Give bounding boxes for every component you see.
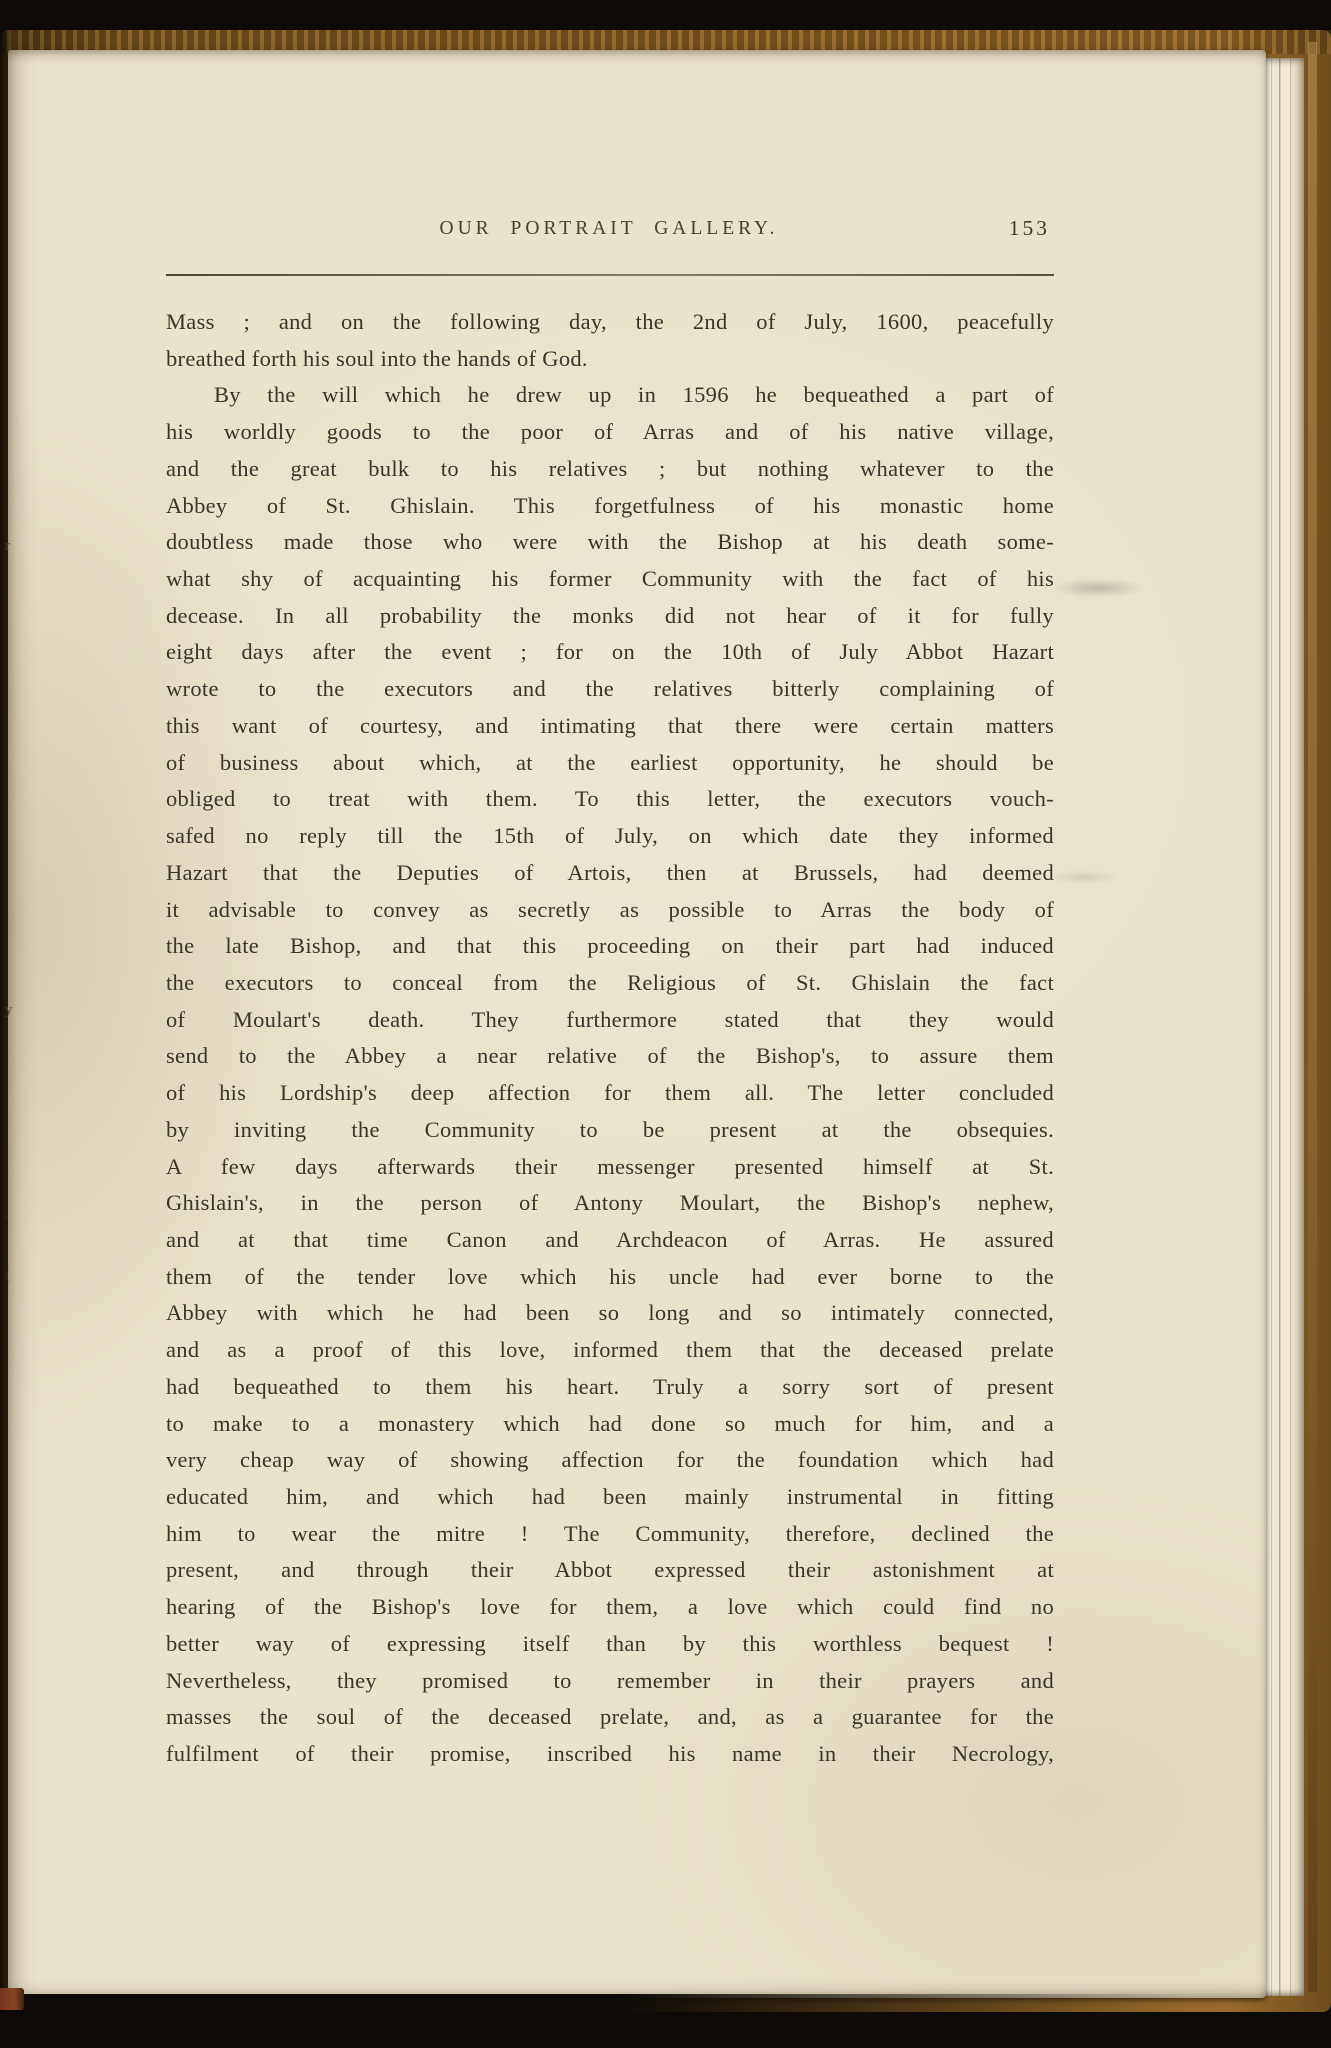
margin-mark: ' [5, 1213, 8, 1230]
book-photo: OUR PORTRAIT GALLERY. 153 Mass ; and on … [0, 0, 1331, 2048]
margin-mark: r [5, 538, 10, 555]
margin-mark: y [5, 1002, 13, 1019]
margin-marks: ry'( [0, 0, 1331, 2048]
margin-mark: ( [5, 1267, 10, 1284]
